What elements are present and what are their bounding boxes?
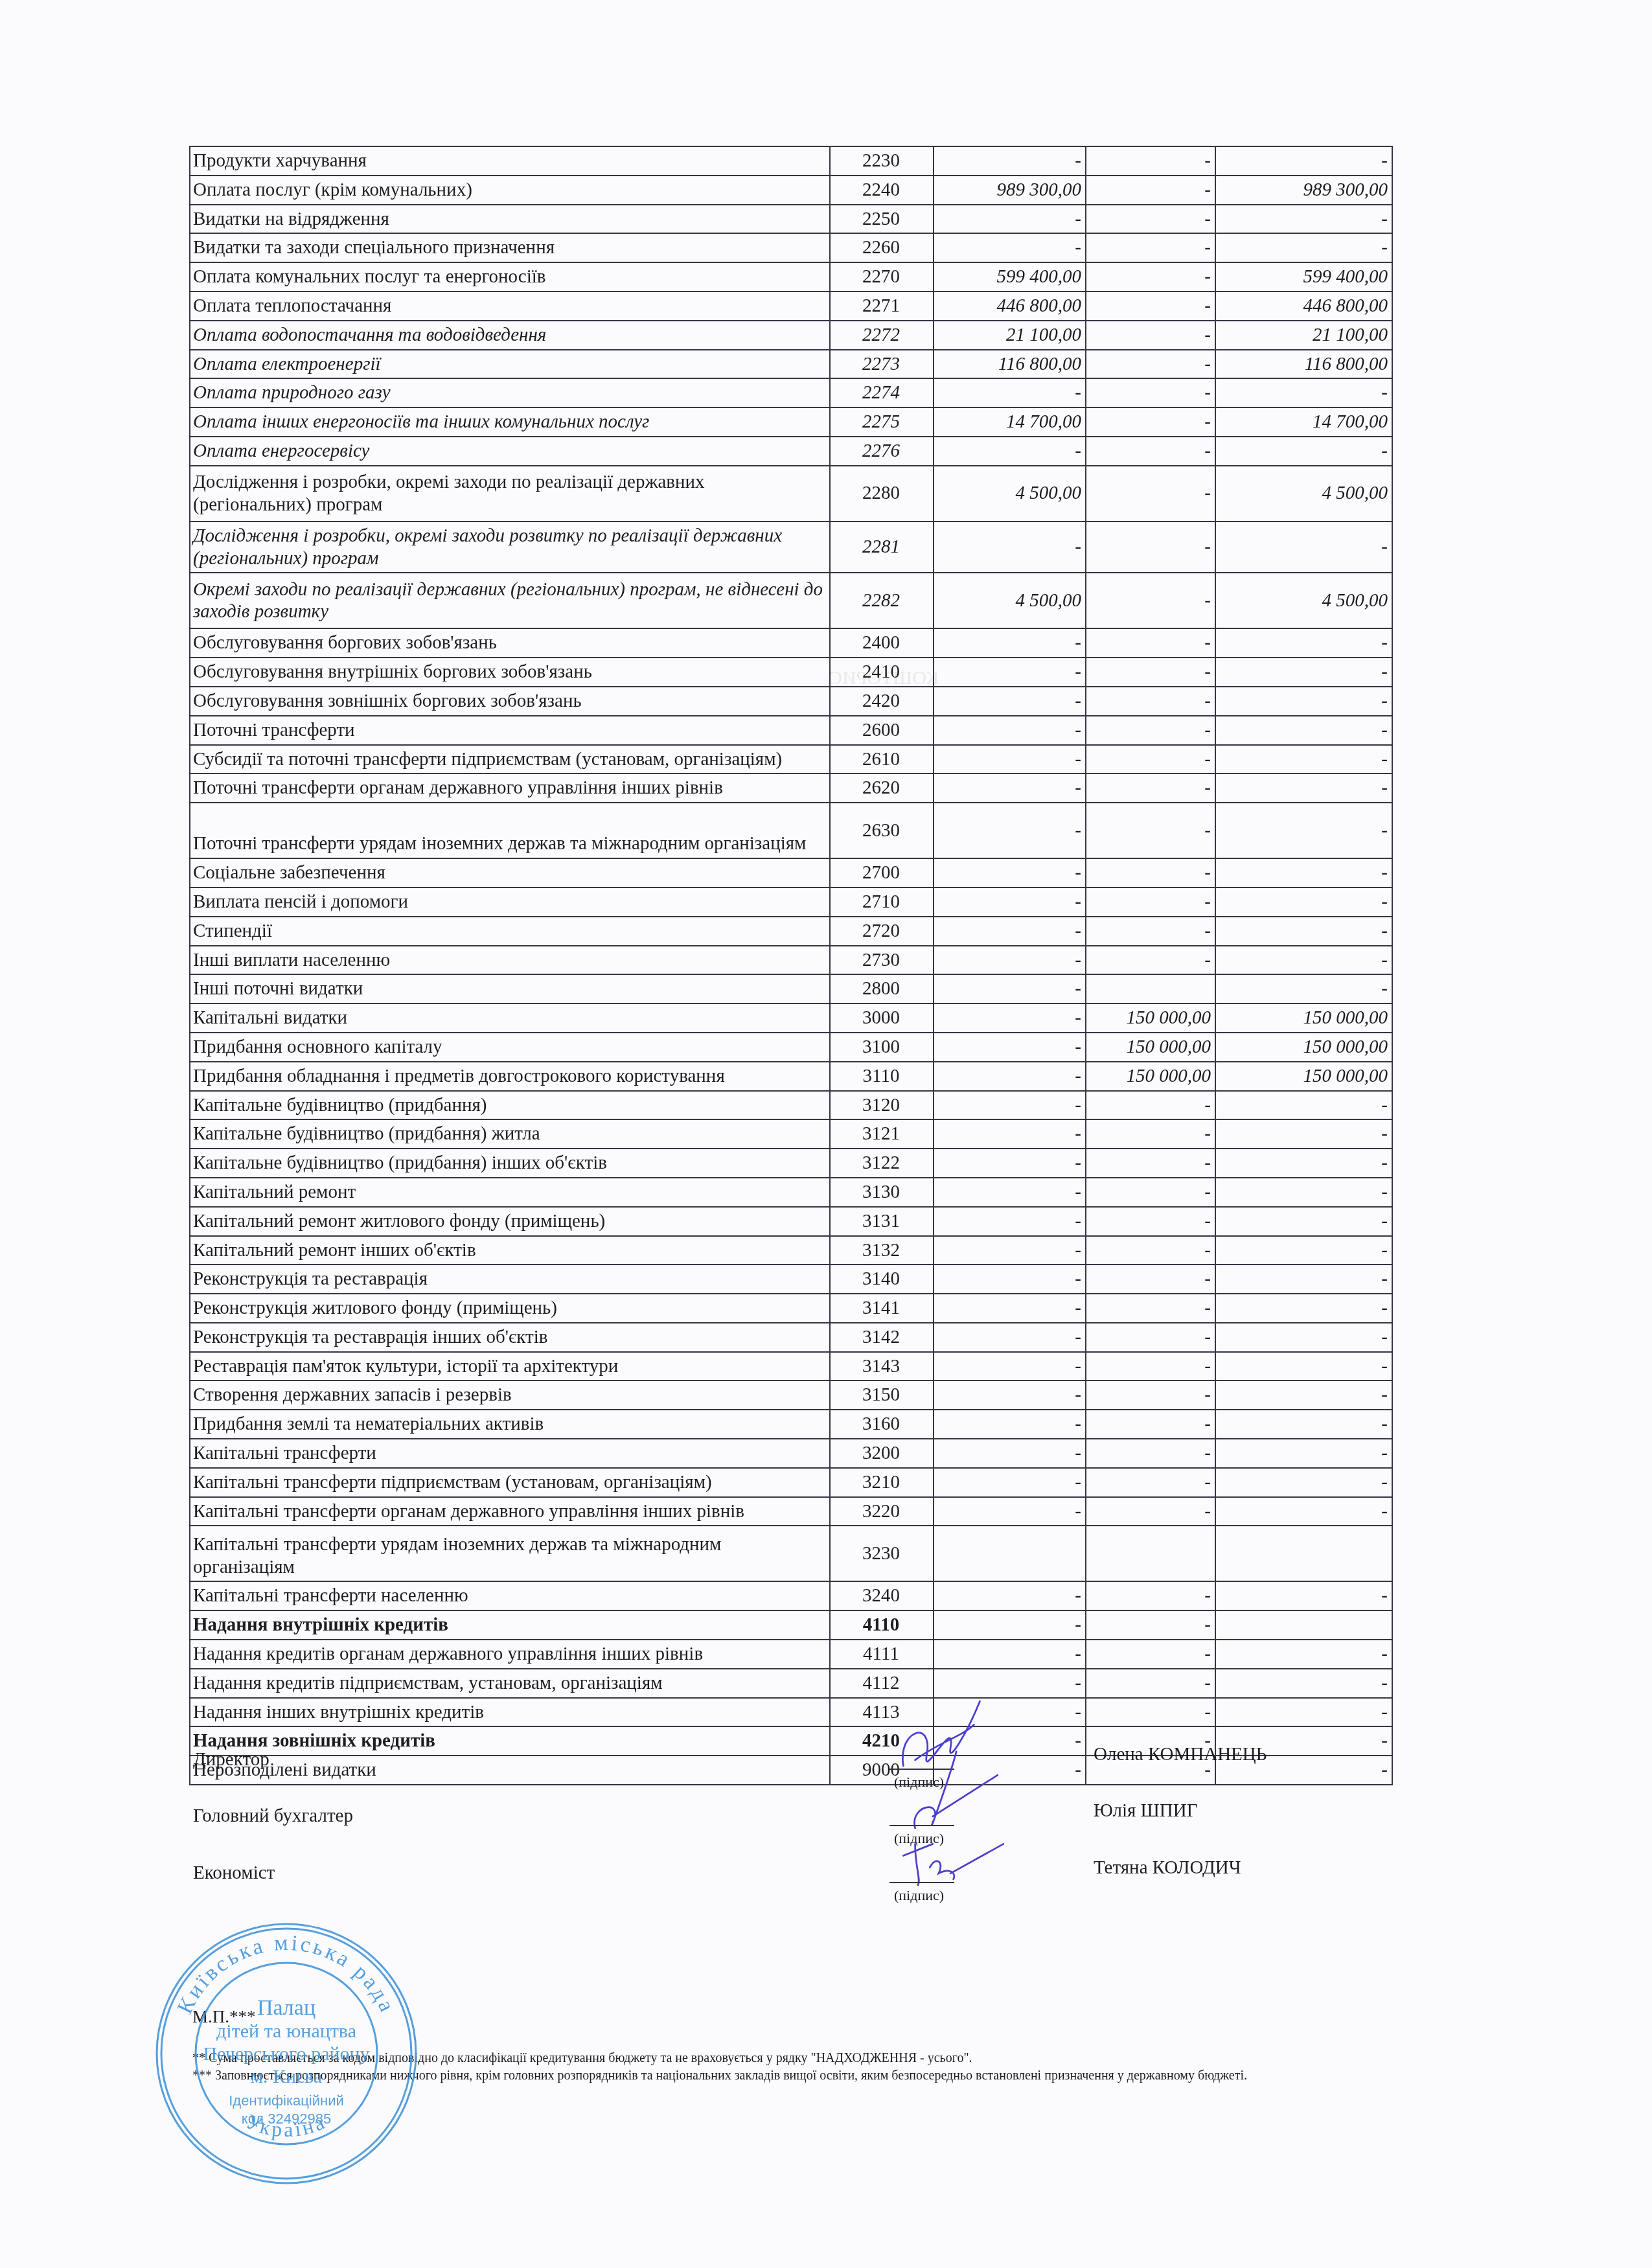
- row-code: 2600: [830, 716, 934, 745]
- row-value-special-fund: -: [1086, 437, 1215, 466]
- row-name: Капітальні видатки: [190, 1003, 830, 1033]
- row-value-special-fund: -: [1086, 1178, 1215, 1207]
- table-row: Обслуговування внутрішніх боргових зобов…: [190, 658, 1392, 687]
- row-code: 3130: [830, 1178, 934, 1207]
- row-name: Реставрація пам'яток культури, історії т…: [190, 1352, 830, 1381]
- row-name: Обслуговування зовнішніх боргових зобов'…: [190, 687, 830, 716]
- row-value-special-fund: -: [1086, 262, 1215, 292]
- row-value-total: 989 300,00: [1215, 176, 1392, 205]
- row-code: 2280: [830, 466, 934, 521]
- svg-text:Ідентифікаційний: Ідентифікаційний: [229, 2092, 344, 2109]
- row-value-general-fund: -: [934, 745, 1086, 774]
- row-code: 3131: [830, 1207, 934, 1236]
- row-value-total: -: [1215, 687, 1392, 716]
- table-row: Капітальні трансферти3200---: [190, 1439, 1392, 1468]
- table-row: Реконструкція та реставрація інших об'єк…: [190, 1323, 1392, 1352]
- row-value-total: -: [1215, 205, 1392, 234]
- table-row: Придбання основного капіталу3100-150 000…: [190, 1033, 1392, 1062]
- table-row: Реставрація пам'яток культури, історії т…: [190, 1352, 1392, 1381]
- svg-text:Палац: Палац: [257, 1996, 315, 2020]
- row-value-special-fund: 150 000,00: [1086, 1062, 1215, 1091]
- row-value-total: -: [1215, 1581, 1392, 1610]
- row-name: Капітальні трансферти урядам іноземних д…: [190, 1526, 830, 1581]
- row-code: 2240: [830, 176, 934, 205]
- row-value-general-fund: -: [934, 437, 1086, 466]
- row-code: 2230: [830, 146, 934, 176]
- row-name: Оплата комунальних послуг та енергоносії…: [190, 262, 830, 292]
- table-row: Стипендії2720---: [190, 917, 1392, 946]
- row-code: 2274: [830, 378, 934, 407]
- row-code: 4111: [830, 1640, 934, 1669]
- row-code: 3143: [830, 1352, 934, 1381]
- row-value-general-fund: 116 800,00: [934, 350, 1086, 379]
- signature-row: Головний бухгалтер(підпис)Юлія ШПИГ: [193, 1805, 1359, 1857]
- table-row: Капітальне будівництво (придбання) інших…: [190, 1149, 1392, 1178]
- row-value-general-fund: -: [934, 1003, 1086, 1033]
- row-code: 4110: [830, 1610, 934, 1640]
- signature-line: [889, 1882, 954, 1883]
- row-value-special-fund: -: [1086, 292, 1215, 321]
- row-name: Надання кредитів підприємствам, установа…: [190, 1669, 830, 1698]
- row-value-general-fund: 989 300,00: [934, 176, 1086, 205]
- row-value-special-fund: -: [1086, 1119, 1215, 1149]
- row-value-general-fund: -: [934, 1610, 1086, 1640]
- row-value-total: -: [1215, 773, 1392, 803]
- row-code: 2273: [830, 350, 934, 379]
- row-value-special-fund: -: [1086, 233, 1215, 262]
- row-name: Капітальне будівництво (придбання): [190, 1091, 830, 1120]
- row-value-total: -: [1215, 1410, 1392, 1439]
- row-value-total: -: [1215, 1294, 1392, 1323]
- row-code: 2620: [830, 773, 934, 803]
- table-row: Виплата пенсій і допомоги2710---: [190, 888, 1392, 917]
- row-value-general-fund: -: [934, 1439, 1086, 1468]
- row-name: Оплата теплопостачання: [190, 292, 830, 321]
- row-code: 2630: [830, 803, 934, 858]
- row-value-special-fund: -: [1086, 146, 1215, 176]
- row-code: 2420: [830, 687, 934, 716]
- row-value-total: 599 400,00: [1215, 262, 1392, 292]
- row-value-general-fund: -: [934, 1033, 1086, 1062]
- row-value-total: -: [1215, 378, 1392, 407]
- row-name: Оплата інших енергоносіїв та інших комун…: [190, 407, 830, 437]
- row-value-general-fund: 599 400,00: [934, 262, 1086, 292]
- table-row: Надання інших внутрішніх кредитів4113---: [190, 1698, 1392, 1727]
- row-name: Придбання землі та нематеріальних активі…: [190, 1410, 830, 1439]
- document-page: КОШТОРИС Продукти харчування2230---Оплат…: [0, 0, 1652, 2268]
- row-code: 2720: [830, 917, 934, 946]
- row-value-special-fund: -: [1086, 573, 1215, 628]
- row-name: Соціальне забезпечення: [190, 858, 830, 888]
- row-value-total: -: [1215, 858, 1392, 888]
- row-code: 3120: [830, 1091, 934, 1120]
- table-row: Придбання землі та нематеріальних активі…: [190, 1410, 1392, 1439]
- row-value-special-fund: -: [1086, 1236, 1215, 1265]
- row-value-special-fund: -: [1086, 1265, 1215, 1294]
- row-code: 3141: [830, 1294, 934, 1323]
- row-name: Інші виплати населенню: [190, 946, 830, 975]
- row-value-general-fund: -: [934, 1352, 1086, 1381]
- table-row: Оплата послуг (крім комунальних)2240989 …: [190, 176, 1392, 205]
- svg-text:м. Києва: м. Києва: [251, 2066, 322, 2087]
- row-code: 3150: [830, 1380, 934, 1410]
- row-value-special-fund: -: [1086, 1610, 1215, 1640]
- row-value-special-fund: -: [1086, 407, 1215, 437]
- row-value-general-fund: -: [934, 716, 1086, 745]
- row-value-total: -: [1215, 1178, 1392, 1207]
- row-code: 3230: [830, 1526, 934, 1581]
- row-value-special-fund: -: [1086, 1380, 1215, 1410]
- row-value-total: 150 000,00: [1215, 1033, 1392, 1062]
- row-name: Капітальні трансферти населенню: [190, 1581, 830, 1610]
- row-name: Реконструкція житлового фонду (приміщень…: [190, 1294, 830, 1323]
- row-value-total: -: [1215, 1468, 1392, 1497]
- table-row: Оплата енергосервісу2276---: [190, 437, 1392, 466]
- row-value-general-fund: -: [934, 658, 1086, 687]
- row-code: 3122: [830, 1149, 934, 1178]
- signatory-role: Економіст: [193, 1862, 275, 1884]
- table-row: Субсидії та поточні трансферти підприємс…: [190, 745, 1392, 774]
- table-row: Капітальні видатки3000-150 000,00150 000…: [190, 1003, 1392, 1033]
- row-name: Стипендії: [190, 917, 830, 946]
- row-value-total: -: [1215, 521, 1392, 573]
- row-name: Оплата електроенергії: [190, 350, 830, 379]
- row-value-general-fund: -: [934, 233, 1086, 262]
- row-value-total: -: [1215, 1207, 1392, 1236]
- row-value-total: -: [1215, 1497, 1392, 1526]
- row-name: Капітальні трансферти: [190, 1439, 830, 1468]
- table-row: Дослідження і розробки, окремі заходи по…: [190, 466, 1392, 521]
- row-value-general-fund: -: [934, 773, 1086, 803]
- row-value-special-fund: -: [1086, 466, 1215, 521]
- row-value-general-fund: -: [934, 917, 1086, 946]
- row-code: 3210: [830, 1468, 934, 1497]
- row-value-total: 150 000,00: [1215, 1062, 1392, 1091]
- row-value-total: 446 800,00: [1215, 292, 1392, 321]
- row-value-general-fund: -: [934, 1468, 1086, 1497]
- row-value-total: -: [1215, 146, 1392, 176]
- row-value-special-fund: -: [1086, 1640, 1215, 1669]
- row-value-total: 116 800,00: [1215, 350, 1392, 379]
- table-row: Інші поточні видатки2800--: [190, 974, 1392, 1003]
- row-value-total: -: [1215, 1698, 1392, 1727]
- row-code: 2281: [830, 521, 934, 573]
- row-name: Надання інших внутрішніх кредитів: [190, 1698, 830, 1727]
- row-value-special-fund: -: [1086, 1323, 1215, 1352]
- row-value-special-fund: -: [1086, 1439, 1215, 1468]
- row-code: 3160: [830, 1410, 934, 1439]
- row-value-general-fund: -: [934, 1640, 1086, 1669]
- row-value-special-fund: [1086, 974, 1215, 1003]
- row-name: Придбання основного капіталу: [190, 1033, 830, 1062]
- row-value-special-fund: -: [1086, 350, 1215, 379]
- row-code: 2272: [830, 321, 934, 350]
- row-value-general-fund: -: [934, 1265, 1086, 1294]
- row-name: Поточні трансферти урядам іноземних держ…: [190, 803, 830, 858]
- row-value-total: -: [1215, 1323, 1392, 1352]
- row-value-general-fund: -: [934, 1178, 1086, 1207]
- row-name: Капітальне будівництво (придбання) інших…: [190, 1149, 830, 1178]
- table-row: Надання кредитів органам державного упра…: [190, 1640, 1392, 1669]
- table-row: Капітальне будівництво (придбання)3120--…: [190, 1091, 1392, 1120]
- signatory-name: Олена КОМПАНЕЦЬ: [1094, 1744, 1267, 1765]
- row-value-general-fund: -: [934, 1149, 1086, 1178]
- row-value-general-fund: 4 500,00: [934, 466, 1086, 521]
- table-row: Поточні трансферти органам державного уп…: [190, 773, 1392, 803]
- row-name: Субсидії та поточні трансферти підприємс…: [190, 745, 830, 774]
- row-value-general-fund: -: [934, 974, 1086, 1003]
- table-row: Обслуговування боргових зобов'язань2400-…: [190, 628, 1392, 658]
- table-row: Капітальні трансферти населенню3240---: [190, 1581, 1392, 1610]
- signatory-name: Юлія ШПИГ: [1094, 1800, 1197, 1822]
- row-value-general-fund: 446 800,00: [934, 292, 1086, 321]
- row-value-general-fund: 21 100,00: [934, 321, 1086, 350]
- row-name: Видатки на відрядження: [190, 205, 830, 234]
- row-code: 3000: [830, 1003, 934, 1033]
- budget-table: Продукти харчування2230---Оплата послуг …: [189, 146, 1393, 1785]
- row-value-total: -: [1215, 1091, 1392, 1120]
- table-row: Капітальні трансферти органам державного…: [190, 1497, 1392, 1526]
- signature-row: Економіст(підпис)Тетяна КОЛОДИЧ: [193, 1862, 1359, 1914]
- row-name: Надання внутрішніх кредитів: [190, 1610, 830, 1640]
- row-name: Оплата енергосервісу: [190, 437, 830, 466]
- table-row: Капітальні трансферти урядам іноземних д…: [190, 1526, 1392, 1581]
- table-row: Створення державних запасів і резервів31…: [190, 1380, 1392, 1410]
- signatory-name: Тетяна КОЛОДИЧ: [1094, 1857, 1241, 1879]
- row-value-total: -: [1215, 946, 1392, 975]
- row-value-special-fund: -: [1086, 628, 1215, 658]
- row-value-general-fund: -: [934, 205, 1086, 234]
- row-code: 2700: [830, 858, 934, 888]
- row-value-general-fund: -: [934, 146, 1086, 176]
- table-row: Інші виплати населенню2730---: [190, 946, 1392, 975]
- table-row: Соціальне забезпечення2700---: [190, 858, 1392, 888]
- svg-text:дітей та юнацтва: дітей та юнацтва: [216, 2021, 356, 2042]
- row-value-special-fund: -: [1086, 1410, 1215, 1439]
- row-value-general-fund: -: [934, 1236, 1086, 1265]
- table-row: Оплата теплопостачання2271446 800,00-446…: [190, 292, 1392, 321]
- row-value-general-fund: [934, 1526, 1086, 1581]
- row-code: 3110: [830, 1062, 934, 1091]
- row-name: Надання кредитів органам державного упра…: [190, 1640, 830, 1669]
- row-value-total: [1215, 1610, 1392, 1640]
- table-row: Капітальний ремонт3130---: [190, 1178, 1392, 1207]
- row-value-special-fund: -: [1086, 321, 1215, 350]
- svg-text:Печерського району: Печерського району: [203, 2043, 369, 2065]
- row-value-total: 150 000,00: [1215, 1003, 1392, 1033]
- row-name: Дослідження і розробки, окремі заходи ро…: [190, 521, 830, 573]
- row-value-special-fund: 150 000,00: [1086, 1033, 1215, 1062]
- row-value-total: -: [1215, 233, 1392, 262]
- table-row: Видатки та заходи спеціального призначен…: [190, 233, 1392, 262]
- signature-row: Директор(підпис)Олена КОМПАНЕЦЬ: [193, 1749, 1359, 1801]
- row-value-special-fund: -: [1086, 378, 1215, 407]
- row-code: 2410: [830, 658, 934, 687]
- row-value-total: -: [1215, 917, 1392, 946]
- row-code: 2400: [830, 628, 934, 658]
- row-value-total: -: [1215, 1119, 1392, 1149]
- table-row: Продукти харчування2230---: [190, 146, 1392, 176]
- row-name: Створення державних запасів і резервів: [190, 1380, 830, 1410]
- row-value-total: -: [1215, 1352, 1392, 1381]
- row-code: 2800: [830, 974, 934, 1003]
- row-value-special-fund: -: [1086, 946, 1215, 975]
- row-value-special-fund: -: [1086, 745, 1215, 774]
- row-value-special-fund: -: [1086, 1497, 1215, 1526]
- row-name: Видатки та заходи спеціального призначен…: [190, 233, 830, 262]
- row-name: Продукти харчування: [190, 146, 830, 176]
- row-name: Поточні трансферти: [190, 716, 830, 745]
- table-row: Капітальний ремонт інших об'єктів3132---: [190, 1236, 1392, 1265]
- row-value-special-fund: -: [1086, 888, 1215, 917]
- row-name: Окремі заходи по реалізації державних (р…: [190, 573, 830, 628]
- row-value-general-fund: -: [934, 628, 1086, 658]
- table-row: Надання кредитів підприємствам, установа…: [190, 1669, 1392, 1698]
- row-code: 2250: [830, 205, 934, 234]
- row-value-total: -: [1215, 803, 1392, 858]
- table-row: Реконструкція житлового фонду (приміщень…: [190, 1294, 1392, 1323]
- row-code: 2271: [830, 292, 934, 321]
- row-code: 3240: [830, 1581, 934, 1610]
- row-value-general-fund: -: [934, 1380, 1086, 1410]
- table-row: Окремі заходи по реалізації державних (р…: [190, 573, 1392, 628]
- row-value-general-fund: -: [934, 1119, 1086, 1149]
- table-row: Оплата водопостачання та водовідведення2…: [190, 321, 1392, 350]
- table-row: Капітальні трансферти підприємствам (уст…: [190, 1468, 1392, 1497]
- table-row: Видатки на відрядження2250---: [190, 205, 1392, 234]
- row-name: Капітальне будівництво (придбання) житла: [190, 1119, 830, 1149]
- row-name: Оплата природного газу: [190, 378, 830, 407]
- row-code: 3200: [830, 1439, 934, 1468]
- row-name: Виплата пенсій і допомоги: [190, 888, 830, 917]
- row-value-total: -: [1215, 1439, 1392, 1468]
- row-value-total: -: [1215, 1265, 1392, 1294]
- row-name: Інші поточні видатки: [190, 974, 830, 1003]
- row-value-special-fund: -: [1086, 1352, 1215, 1381]
- table-row: Оплата інших енергоносіїв та інших комун…: [190, 407, 1392, 437]
- table-row: Оплата природного газу2274---: [190, 378, 1392, 407]
- row-value-general-fund: -: [934, 1581, 1086, 1610]
- row-value-general-fund: -: [934, 803, 1086, 858]
- row-code: 3100: [830, 1033, 934, 1062]
- row-value-special-fund: 150 000,00: [1086, 1003, 1215, 1033]
- table-row: Оплата комунальних послуг та енергоносії…: [190, 262, 1392, 292]
- row-value-special-fund: [1086, 1526, 1215, 1581]
- row-value-total: -: [1215, 1149, 1392, 1178]
- row-name: Поточні трансферти органам державного уп…: [190, 773, 830, 803]
- row-value-total: -: [1215, 888, 1392, 917]
- row-code: 3220: [830, 1497, 934, 1526]
- row-value-total: -: [1215, 1380, 1392, 1410]
- row-value-special-fund: -: [1086, 917, 1215, 946]
- row-value-special-fund: -: [1086, 1581, 1215, 1610]
- row-value-special-fund: -: [1086, 716, 1215, 745]
- row-value-total: -: [1215, 628, 1392, 658]
- table-row: Капітальний ремонт житлового фонду (прим…: [190, 1207, 1392, 1236]
- table-row: Оплата електроенергії2273116 800,00-116 …: [190, 350, 1392, 379]
- row-code: 2710: [830, 888, 934, 917]
- row-value-special-fund: -: [1086, 803, 1215, 858]
- row-code: 2275: [830, 407, 934, 437]
- row-value-total: -: [1215, 716, 1392, 745]
- row-code: 2282: [830, 573, 934, 628]
- row-name: Капітальний ремонт житлового фонду (прим…: [190, 1207, 830, 1236]
- row-code: 2270: [830, 262, 934, 292]
- row-value-total: 4 500,00: [1215, 573, 1392, 628]
- row-value-special-fund: -: [1086, 858, 1215, 888]
- row-value-total: -: [1215, 1669, 1392, 1698]
- row-value-special-fund: -: [1086, 687, 1215, 716]
- table-row: Надання внутрішніх кредитів4110--: [190, 1610, 1392, 1640]
- row-value-special-fund: -: [1086, 773, 1215, 803]
- signature-caption: (підпис): [894, 1887, 944, 1904]
- row-name: Оплата послуг (крім комунальних): [190, 176, 830, 205]
- signatory-role: Головний бухгалтер: [193, 1805, 353, 1827]
- row-value-general-fund: -: [934, 1294, 1086, 1323]
- row-value-general-fund: -: [934, 521, 1086, 573]
- table-row: Обслуговування зовнішніх боргових зобов'…: [190, 687, 1392, 716]
- row-value-total: [1215, 1526, 1392, 1581]
- row-value-total: 4 500,00: [1215, 466, 1392, 521]
- row-value-general-fund: -: [934, 858, 1086, 888]
- row-name: Реконструкція та реставрація інших об'єк…: [190, 1323, 830, 1352]
- row-code: 2260: [830, 233, 934, 262]
- row-value-total: -: [1215, 658, 1392, 687]
- row-code: 2730: [830, 946, 934, 975]
- row-value-general-fund: -: [934, 1207, 1086, 1236]
- row-value-general-fund: -: [934, 1410, 1086, 1439]
- row-name: Реконструкція та реставрація: [190, 1265, 830, 1294]
- row-value-general-fund: 14 700,00: [934, 407, 1086, 437]
- row-value-special-fund: -: [1086, 658, 1215, 687]
- row-value-total: -: [1215, 974, 1392, 1003]
- row-name: Дослідження і розробки, окремі заходи по…: [190, 466, 830, 521]
- row-value-general-fund: -: [934, 888, 1086, 917]
- official-stamp: Київська міська рада Україна Палац дітей…: [150, 1918, 422, 2190]
- row-value-general-fund: -: [934, 687, 1086, 716]
- svg-text:код 32492985: код 32492985: [242, 2111, 331, 2127]
- table-row: Капітальне будівництво (придбання) житла…: [190, 1119, 1392, 1149]
- row-name: Капітальні трансферти підприємствам (уст…: [190, 1468, 830, 1497]
- row-code: 3140: [830, 1265, 934, 1294]
- table-row: Дослідження і розробки, окремі заходи ро…: [190, 521, 1392, 573]
- row-value-total: 21 100,00: [1215, 321, 1392, 350]
- table-row: Придбання обладнання і предметів довгост…: [190, 1062, 1392, 1091]
- row-value-total: -: [1215, 1236, 1392, 1265]
- budget-table-body: Продукти харчування2230---Оплата послуг …: [190, 146, 1392, 1785]
- row-name: Капітальний ремонт: [190, 1178, 830, 1207]
- row-value-total: -: [1215, 745, 1392, 774]
- row-value-special-fund: -: [1086, 1669, 1215, 1698]
- row-value-special-fund: -: [1086, 1149, 1215, 1178]
- table-row: Поточні трансферти урядам іноземних держ…: [190, 803, 1392, 858]
- row-value-special-fund: -: [1086, 176, 1215, 205]
- row-value-total: 14 700,00: [1215, 407, 1392, 437]
- row-value-special-fund: -: [1086, 1698, 1215, 1727]
- row-value-total: -: [1215, 437, 1392, 466]
- row-code: 3132: [830, 1236, 934, 1265]
- row-name: Капітальний ремонт інших об'єктів: [190, 1236, 830, 1265]
- row-value-general-fund: -: [934, 1062, 1086, 1091]
- row-code: 3142: [830, 1323, 934, 1352]
- row-value-general-fund: -: [934, 1497, 1086, 1526]
- row-value-general-fund: -: [934, 1323, 1086, 1352]
- row-name: Капітальні трансферти органам державного…: [190, 1497, 830, 1526]
- row-value-special-fund: -: [1086, 1207, 1215, 1236]
- signatory-role: Директор: [193, 1749, 270, 1770]
- row-value-special-fund: -: [1086, 205, 1215, 234]
- row-value-general-fund: -: [934, 378, 1086, 407]
